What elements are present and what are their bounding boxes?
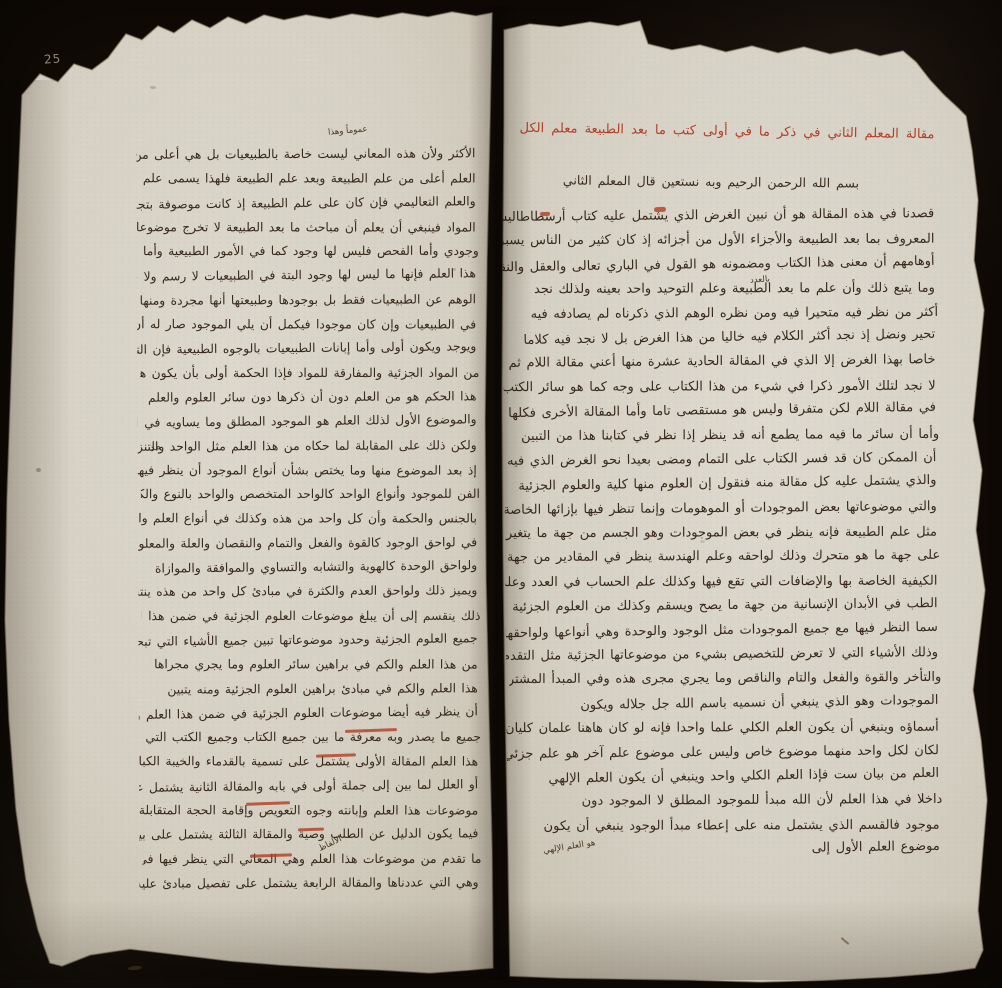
manuscript-text-line: الموجودات وهو الذي ينبغي أن نسميه باسم ا… <box>506 689 938 720</box>
manuscript-text-line: وهي التي عددناها والمقالة الرابعة يشتمل … <box>140 870 479 896</box>
manuscript-text-line: في مقالة اللام لكن متفرقا وليس هو مستقصى… <box>504 396 936 427</box>
folio-number-pencil: 25 <box>44 51 62 66</box>
rubric-tick <box>540 212 550 216</box>
manuscript-text-line: ولكن ذلك على المقابلة لما حكاه من هذا ال… <box>138 433 477 459</box>
manuscript-text-line: فيما يكون الدليل عن الطلب وصية والمقالة … <box>139 822 478 848</box>
manuscript-text-line: في لواحق الوجود كالقوة والفعل والتمام وا… <box>138 530 477 556</box>
manuscript-text-line: جميع ما يصدر وبه معرفة ما بين جميع الكتا… <box>142 725 481 750</box>
left-edge-shading <box>0 80 70 960</box>
foxing-spot <box>700 540 705 543</box>
manuscript-text-line: أوهامهم أن معنى هذا الكتاب ومضمونه هو ال… <box>503 250 935 281</box>
manuscript-text-line: هذا العلم فإنها ما ليس لها وجود البتة في… <box>137 262 476 290</box>
manuscript-text-line: من هذا العلم والكم في براهين سائر العلوم… <box>139 652 478 677</box>
manuscript-text-line: أو العلل لما بين إلى جملة أولى في بابه و… <box>139 772 478 800</box>
manuscript-text-line: والتي موضوعاتها بعض الموجودات أو الموهوم… <box>505 495 937 523</box>
manuscript-text-line: على جهة ما هو متحرك وذلك لواحقه وعلم اله… <box>508 544 940 571</box>
manuscript-text-line: وأما أن سائر ما فيه مما يطمع أنه قد ينظر… <box>507 422 939 449</box>
rubric-tick <box>654 207 666 212</box>
manuscript-text-line: الأكثر ولأن هذه المعاني ليست خاصة بالطبي… <box>136 141 475 167</box>
manuscript-text-line: الفن للموجود وأنواع الواحد كالواحد المتخ… <box>141 482 480 507</box>
manuscript-text-line: ما تقدم من موضوعات هذا العلم وهي المعاني… <box>142 846 481 871</box>
manuscript-text-line: الكيفية الخاصة بها والإضافات التي تقع في… <box>505 570 937 596</box>
foxing-spot <box>150 86 156 89</box>
left-page-text-block: الأكثر ولأن هذه المعاني ليست خاصة بالطبي… <box>136 141 478 896</box>
manuscript-text-line: والموضوع الأول لذلك العلم هو الموجود الم… <box>137 407 476 435</box>
manuscript-text-line: أسماؤه وينبغي أن يكون العلم الكلي علما و… <box>507 716 939 742</box>
manuscript-text-line: المواد فينبغي أن يعلم أن مباحث ما بعد ال… <box>137 215 476 240</box>
bottom-shading <box>0 900 1002 980</box>
manuscript-text-line: ذلك ينقسم إلى أن يبلغ موضوعات العلوم الج… <box>141 603 480 628</box>
manuscript-text-line: والعلم التعاليمي فإن كان على علم الطبيعة… <box>137 189 476 217</box>
interlinear-gloss: بالعدد <box>750 274 771 285</box>
manuscript-text-line: ويوجد ويكون أولى وأما إبانات الطبيعيات ب… <box>137 335 476 363</box>
manuscript-text-line: إذ بعد الموضوع منها وما يختص بشأن أنواع … <box>138 458 477 483</box>
manuscript-text-line: هذا العلم والكم في مبادئ براهين العلوم ا… <box>139 676 478 702</box>
manuscript-text-line: داخلا في هذا العلم لأن الله مبدأ للموجود… <box>510 788 942 815</box>
manuscript-text-line: بالجنس والحكمة وأن كل واحد من هذه وكذلك … <box>138 507 477 532</box>
manuscript-text-line: في الطبيعيات وإن كان موجودا فيكمل أن يلي… <box>137 312 476 337</box>
right-page-text-block: قصدنا في هذه المقالة هو أن نبين الغرض ال… <box>502 202 940 864</box>
manuscript-text-line: وجودي وأما الفحص فليس لها وجود كما في ال… <box>140 239 479 264</box>
manuscript-text-line: أن ينظر فيه أيضا موضوعات العلوم الجزئية … <box>139 699 478 727</box>
manuscript-text-line: قصدنا في هذه المقالة هو أن نبين الغرض ال… <box>502 202 934 230</box>
manuscript-text-line: خاصا بهذا الغرض إلا الذي في المقالة الحا… <box>503 348 935 376</box>
gutter-crease <box>495 10 498 972</box>
manuscript-text-line: موضوعات هذا العلم وإبانته وجوه التعويص و… <box>139 798 478 823</box>
manuscript-text-line: الوهم عن الطبيعيات فقط بل بوجودها وطبيعت… <box>137 287 476 313</box>
manuscript-text-line: مثل علم الطبيعة فإنه ينظر في بعض الموجود… <box>505 521 937 547</box>
manuscript-text-line: من المواد الجزئية والمفارقة للمواد فإذا … <box>140 361 479 386</box>
manuscript-text-line: ويميز ذلك ولواحق العدم والكثرة في مبادئ … <box>138 579 477 605</box>
manuscript-text-line: ولواحق الوحدة كالهوية والتشابه والتساوي … <box>138 553 477 581</box>
manuscript-text-line: هذا الحكم هو من العلم دون أن ذكرها دون س… <box>137 384 476 410</box>
manuscript-text-line: جميع العلوم الجزئية وحدود موضوعاتها تبين… <box>138 626 477 654</box>
manuscript-text-line: هذا العلم المقالة الأولى يشتمل على تسمية… <box>139 750 478 775</box>
manuscript-text-line: وما يتبع ذلك وأن علم ما بعد الطبيعة وعلم… <box>503 277 935 303</box>
foxing-spot <box>452 268 456 271</box>
manuscript-photograph: 25 مقالة المعلم الثاني في ذكر ما في أولى… <box>0 0 1002 988</box>
manuscript-text-line: العلم أعلى من علم الطبيعة وبعد علم الطبي… <box>137 167 476 192</box>
